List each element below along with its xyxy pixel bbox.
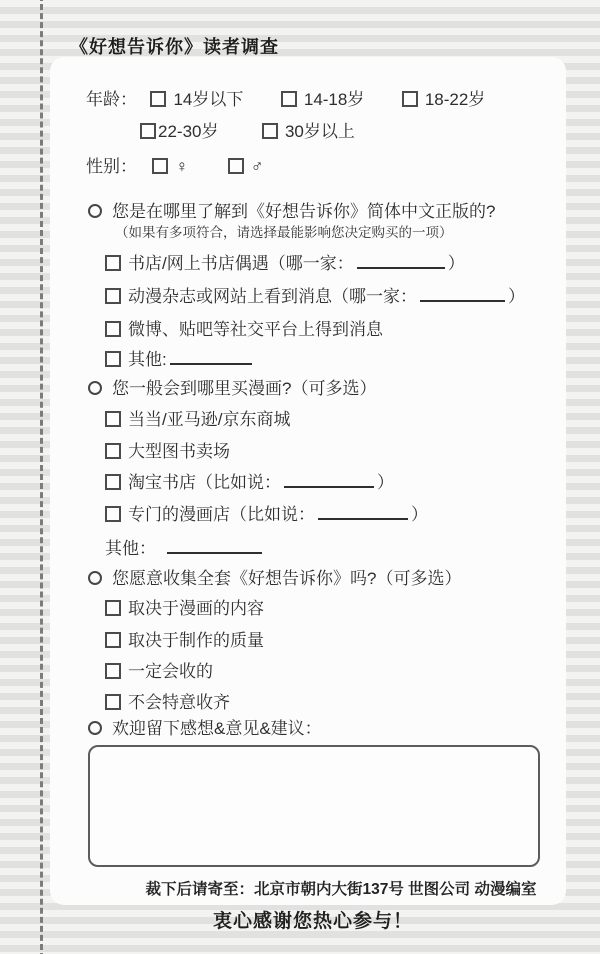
gender-row: 性别： ♀ ♂: [86, 156, 263, 178]
option-text: 专门的漫画店（比如说：: [128, 505, 315, 524]
gender-female-checkbox[interactable]: [152, 158, 168, 174]
age-14-18-checkbox[interactable]: [281, 91, 297, 107]
gender-male-checkbox[interactable]: [228, 158, 244, 174]
q3-option-4: 不会特意收齐: [105, 692, 230, 714]
option-text: 30岁以上: [285, 122, 355, 141]
blank-line[interactable]: [284, 475, 374, 488]
question-3-heading: 您愿意收集全套《好想告诉你》吗?（可多选）: [88, 568, 461, 590]
q3-option-1: 取决于漫画的内容: [105, 598, 264, 620]
q3-option2-checkbox[interactable]: [105, 632, 121, 648]
q1-option1-checkbox[interactable]: [105, 255, 121, 271]
q1-option-2: 动漫杂志或网站上看到消息（哪一家：）: [105, 286, 525, 308]
q1-option3-checkbox[interactable]: [105, 321, 121, 337]
option-text: ）: [411, 505, 428, 524]
q2-option3-checkbox[interactable]: [105, 474, 121, 490]
age-row-1: 年龄： 14岁以下 14-18岁 18-22岁: [86, 89, 485, 111]
blank-line[interactable]: [167, 541, 262, 554]
survey-card: 年龄： 14岁以下 14-18岁 18-22岁 22-30岁 30岁以上 性别：…: [50, 57, 566, 905]
question-bullet-icon: [88, 204, 102, 218]
question-title: 您一般会到哪里买漫画?（可多选）: [112, 379, 376, 398]
q1-option4-checkbox[interactable]: [105, 351, 121, 367]
option-text: 淘宝书店（比如说：: [128, 473, 281, 492]
question-bullet-icon: [88, 721, 102, 735]
thanks-message: 衷心感谢您热心参与！: [0, 906, 600, 933]
age-22-30-checkbox[interactable]: [140, 123, 156, 139]
age-row-2: 22-30岁 30岁以上: [140, 121, 355, 143]
q2-option-1: 当当/亚马逊/京东商城: [105, 409, 290, 431]
option-text: 14-18岁: [304, 90, 364, 109]
option-text: 取决于漫画的内容: [128, 599, 264, 618]
female-symbol: ♀: [175, 157, 188, 176]
age-label: 年龄：: [86, 90, 137, 109]
q1-option2-checkbox[interactable]: [105, 288, 121, 304]
blank-line[interactable]: [170, 352, 252, 365]
blank-line[interactable]: [318, 507, 408, 520]
male-symbol: ♂: [251, 157, 264, 176]
blank-line[interactable]: [357, 256, 445, 269]
option-text: 动漫杂志或网站上看到消息（哪一家：: [128, 287, 417, 306]
option-text: 书店/网上书店偶遇（哪一家：: [128, 254, 354, 273]
mailing-address: 裁下后请寄至：北京市朝内大街137号 世图公司 动漫编室: [88, 877, 550, 899]
q3-option4-checkbox[interactable]: [105, 694, 121, 710]
q2-option4-checkbox[interactable]: [105, 506, 121, 522]
option-text: ）: [448, 254, 465, 273]
q3-option1-checkbox[interactable]: [105, 600, 121, 616]
option-text: 其他:: [128, 350, 167, 369]
page-title: 《好想告诉你》读者调查: [70, 33, 279, 59]
age-under-14-checkbox[interactable]: [150, 91, 166, 107]
option-text: 不会特意收齐: [128, 693, 230, 712]
q3-option3-checkbox[interactable]: [105, 663, 121, 679]
option-text: ）: [508, 287, 525, 306]
q1-option-1: 书店/网上书店偶遇（哪一家：）: [105, 253, 465, 275]
option-text: 大型图书卖场: [128, 442, 230, 461]
q2-option-3: 淘宝书店（比如说：）: [105, 472, 394, 494]
age-over-30-checkbox[interactable]: [262, 123, 278, 139]
q2-other: 其他：: [105, 538, 265, 560]
question-title: 欢迎留下感想&意见&建议：: [112, 719, 322, 738]
cut-line: [40, 0, 43, 954]
question-bullet-icon: [88, 571, 102, 585]
q2-option1-checkbox[interactable]: [105, 411, 121, 427]
option-text: 当当/亚马逊/京东商城: [128, 410, 290, 429]
option-text: 一定会收的: [128, 662, 213, 681]
q1-option-3: 微博、贴吧等社交平台上得到消息: [105, 319, 383, 341]
option-text: ）: [377, 473, 394, 492]
other-label: 其他：: [105, 539, 156, 558]
question-title: 您愿意收集全套《好想告诉你》吗?（可多选）: [112, 569, 461, 588]
q3-option-3: 一定会收的: [105, 661, 213, 683]
q3-option-2: 取决于制作的质量: [105, 630, 264, 652]
q1-option-4: 其他:: [105, 349, 255, 371]
comments-input-box[interactable]: [88, 745, 540, 867]
question-1-note: （如果有多项符合，请选择最能影响您决定购买的一项）: [115, 224, 453, 242]
question-4-heading: 欢迎留下感想&意见&建议：: [88, 718, 322, 740]
age-18-22-checkbox[interactable]: [402, 91, 418, 107]
blank-line[interactable]: [420, 289, 505, 302]
question-title: 您是在哪里了解到《好想告诉你》简体中文正版的?: [112, 202, 495, 221]
q2-option2-checkbox[interactable]: [105, 443, 121, 459]
option-text: 18-22岁: [425, 90, 485, 109]
gender-label: 性别：: [86, 157, 137, 176]
question-1-heading: 您是在哪里了解到《好想告诉你》简体中文正版的?: [88, 201, 495, 223]
option-text: 微博、贴吧等社交平台上得到消息: [128, 320, 383, 339]
option-text: 14岁以下: [173, 90, 243, 109]
option-text: 22-30岁: [158, 122, 218, 141]
question-bullet-icon: [88, 381, 102, 395]
q2-option-4: 专门的漫画店（比如说：）: [105, 504, 428, 526]
question-2-heading: 您一般会到哪里买漫画?（可多选）: [88, 378, 376, 400]
page-background: 《好想告诉你》读者调查 年龄： 14岁以下 14-18岁 18-22岁 22-3…: [0, 0, 600, 954]
q2-option-2: 大型图书卖场: [105, 441, 230, 463]
option-text: 取决于制作的质量: [128, 631, 264, 650]
